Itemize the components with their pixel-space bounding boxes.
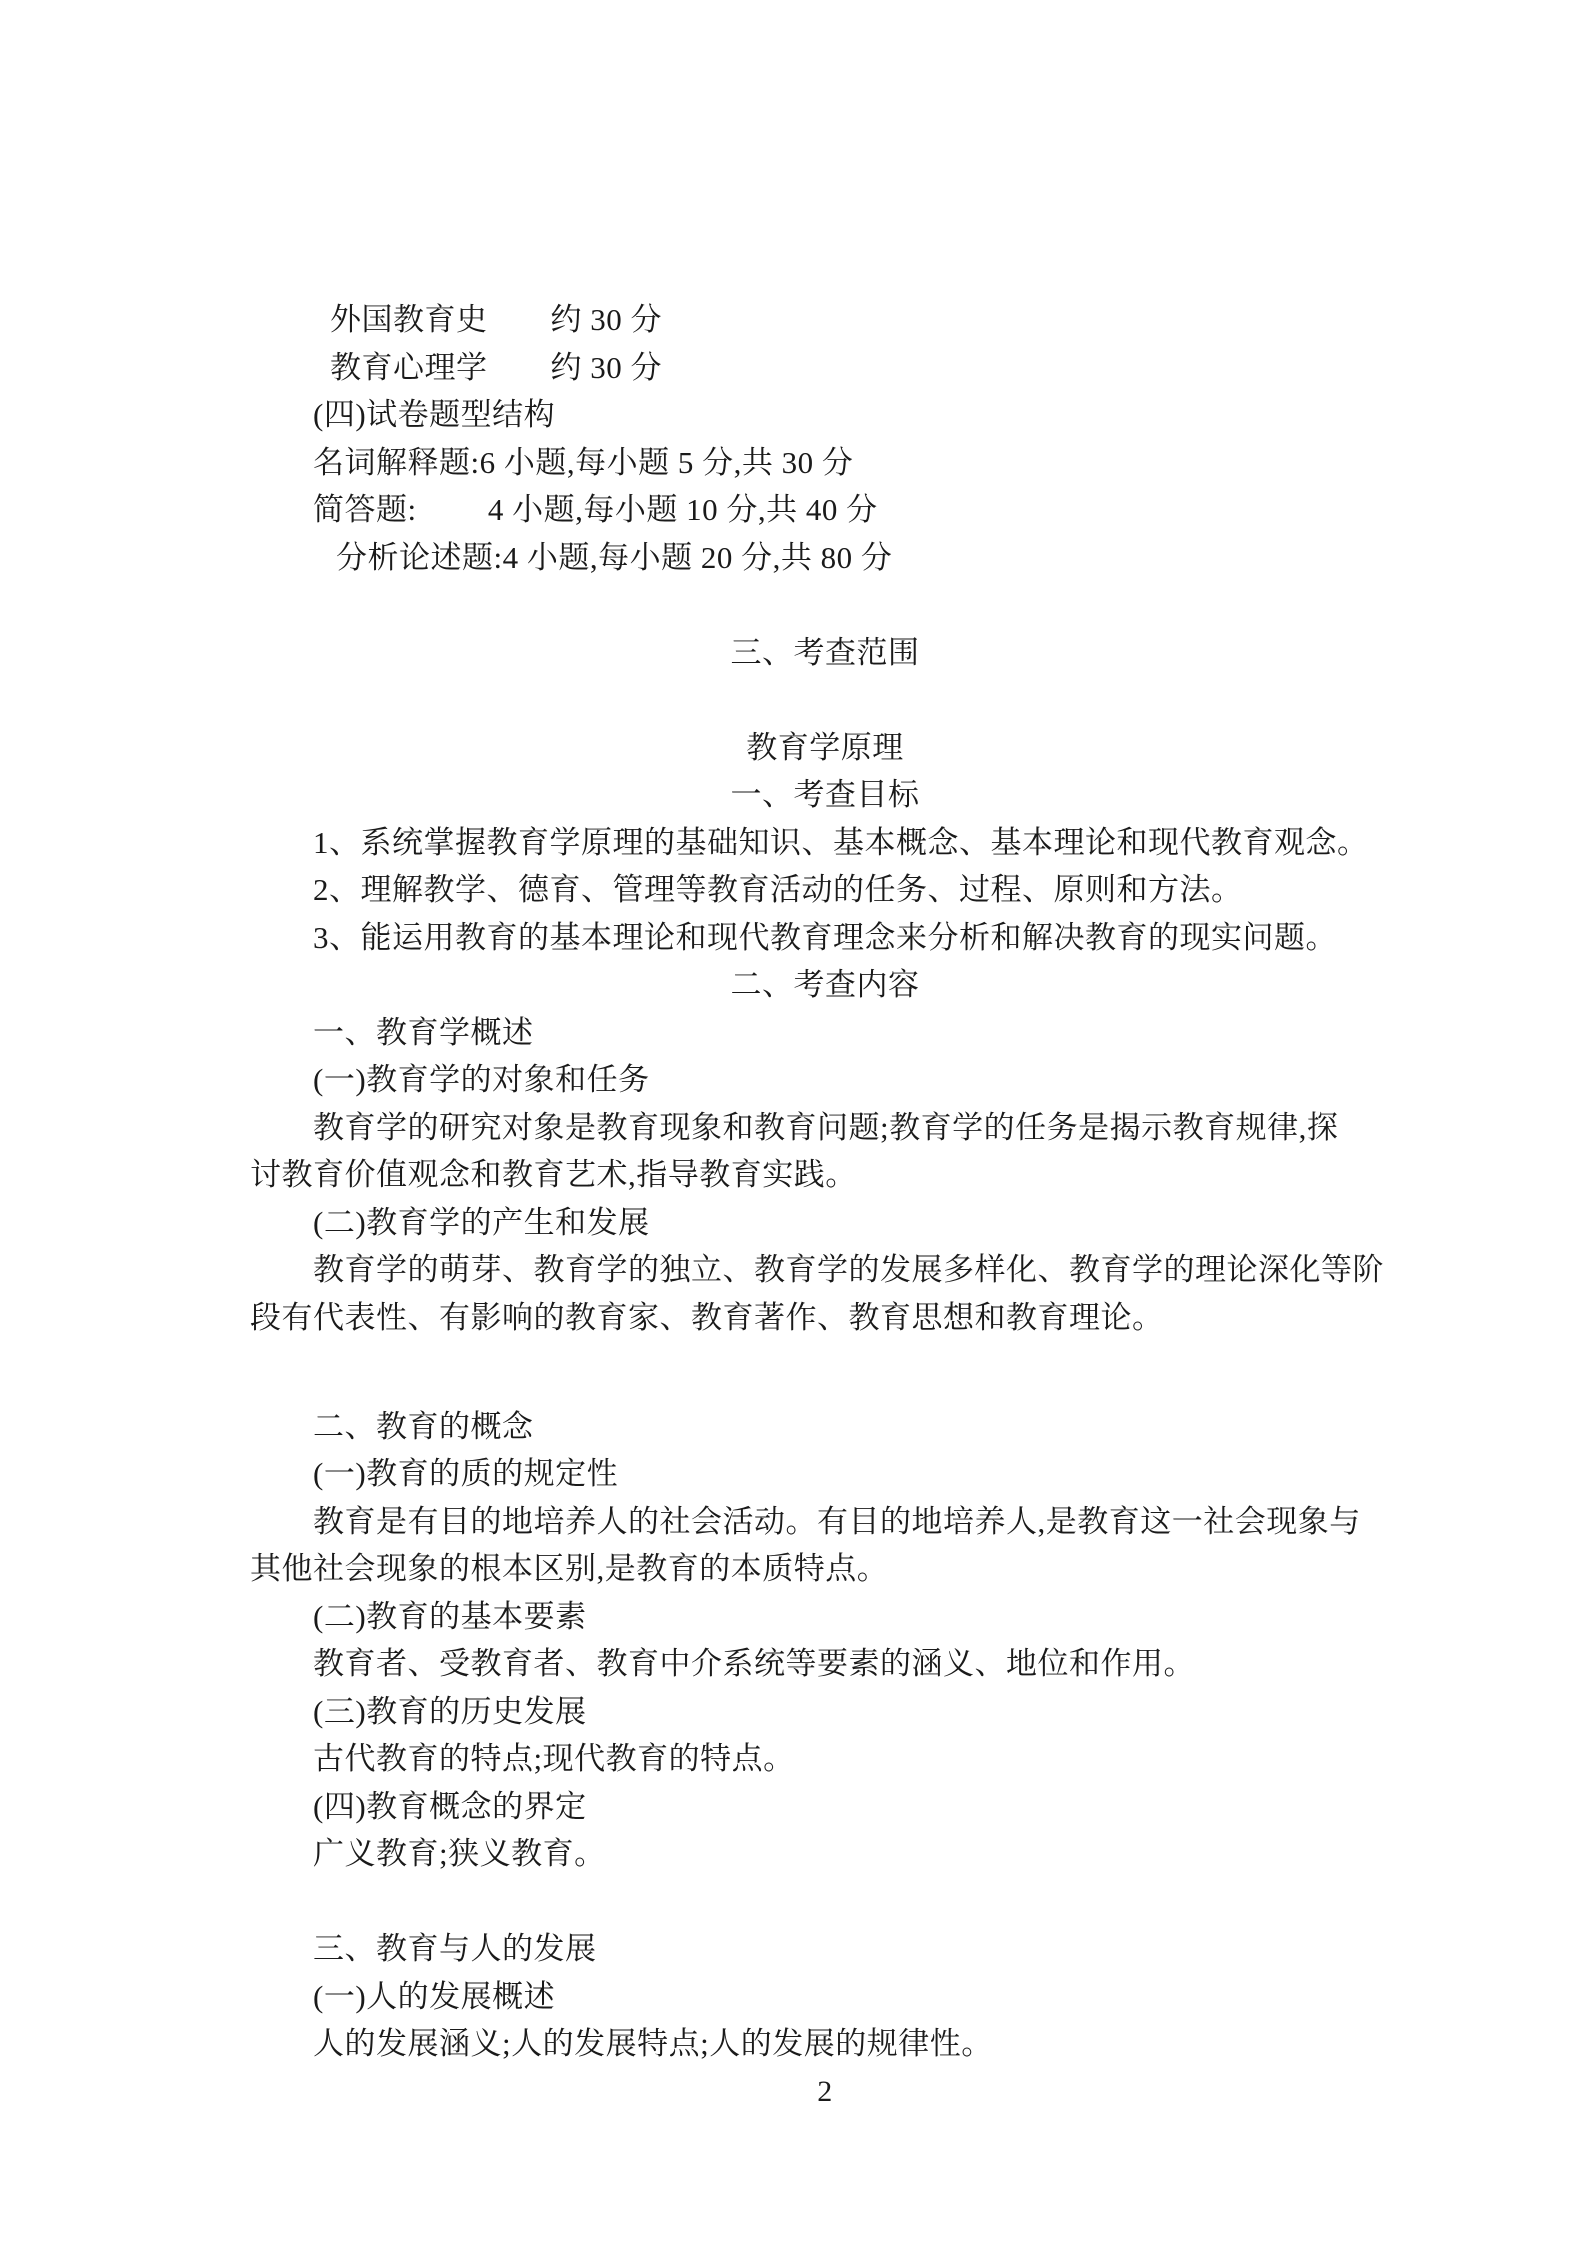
text-line: 教育学的研究对象是教育现象和教育问题;教育学的任务是揭示教育规律,探 [250,1104,1400,1152]
text-line: 教育学原理 [250,724,1400,772]
text-line: 2、理解教学、德育、管理等教育活动的任务、过程、原则和方法。 [250,866,1400,914]
text-line: 一、教育学概述 [250,1009,1400,1057]
text-line: (一)教育的质的规定性 [250,1450,1400,1498]
blank-line [250,581,1400,629]
text-line: 1、系统掌握教育学原理的基础知识、基本概念、基本理论和现代教育观念。 [250,819,1400,867]
text-line: (二)教育学的产生和发展 [250,1199,1400,1247]
text-line: 三、教育与人的发展 [250,1925,1400,1973]
text-line: 段有代表性、有影响的教育家、教育著作、教育思想和教育理论。 [250,1294,1400,1342]
blank-line [250,1878,1400,1926]
text-line: 教育者、受教育者、教育中介系统等要素的涵义、地位和作用。 [250,1640,1400,1688]
text-line: 古代教育的特点;现代教育的特点。 [250,1735,1400,1783]
text-line: 人的发展涵义;人的发展特点;人的发展的规律性。 [250,2020,1400,2068]
blank-line [250,676,1400,724]
text-line: 教育是有目的地培养人的社会活动。有目的地培养人,是教育这一社会现象与 [250,1498,1400,1546]
text-line: 名词解释题:6 小题,每小题 5 分,共 30 分 [250,439,1400,487]
text-line: 广义教育;狭义教育。 [250,1830,1400,1878]
text-line: (三)教育的历史发展 [250,1688,1400,1736]
text-line: (四)教育概念的界定 [250,1783,1400,1831]
text-line: 其他社会现象的根本区别,是教育的本质特点。 [250,1545,1400,1593]
text-line: (二)教育的基本要素 [250,1593,1400,1641]
document-page: 外国教育史 约 30 分教育心理学 约 30 分(四)试卷题型结构名词解释题:6… [0,0,1587,2245]
text-line: 讨教育价值观念和教育艺术,指导教育实践。 [250,1151,1400,1199]
text-line: 二、考查内容 [250,961,1400,1009]
text-line: (一)教育学的对象和任务 [250,1056,1400,1104]
page-number: 2 [250,2068,1400,2116]
text-line: 外国教育史 约 30 分 [250,296,1400,344]
text-line: 一、考查目标 [250,771,1400,819]
text-line: 二、教育的概念 [250,1403,1400,1451]
text-line: 分析论述题:4 小题,每小题 20 分,共 80 分 [250,534,1400,582]
text-line: 教育学的萌芽、教育学的独立、教育学的发展多样化、教育学的理论深化等阶 [250,1246,1400,1294]
blank-line [250,1341,1400,1389]
text-line: 三、考查范围 [250,629,1400,677]
text-lines: 外国教育史 约 30 分教育心理学 约 30 分(四)试卷题型结构名词解释题:6… [250,296,1400,2068]
document-body: 外国教育史 约 30 分教育心理学 约 30 分(四)试卷题型结构名词解释题:6… [250,0,1400,2115]
text-line: (一)人的发展概述 [250,1973,1400,2021]
text-line: 简答题: 4 小题,每小题 10 分,共 40 分 [250,486,1400,534]
text-line: (四)试卷题型结构 [250,391,1400,439]
text-line: 3、能运用教育的基本理论和现代教育理念来分析和解决教育的现实问题。 [250,914,1400,962]
text-line: 教育心理学 约 30 分 [250,344,1400,392]
